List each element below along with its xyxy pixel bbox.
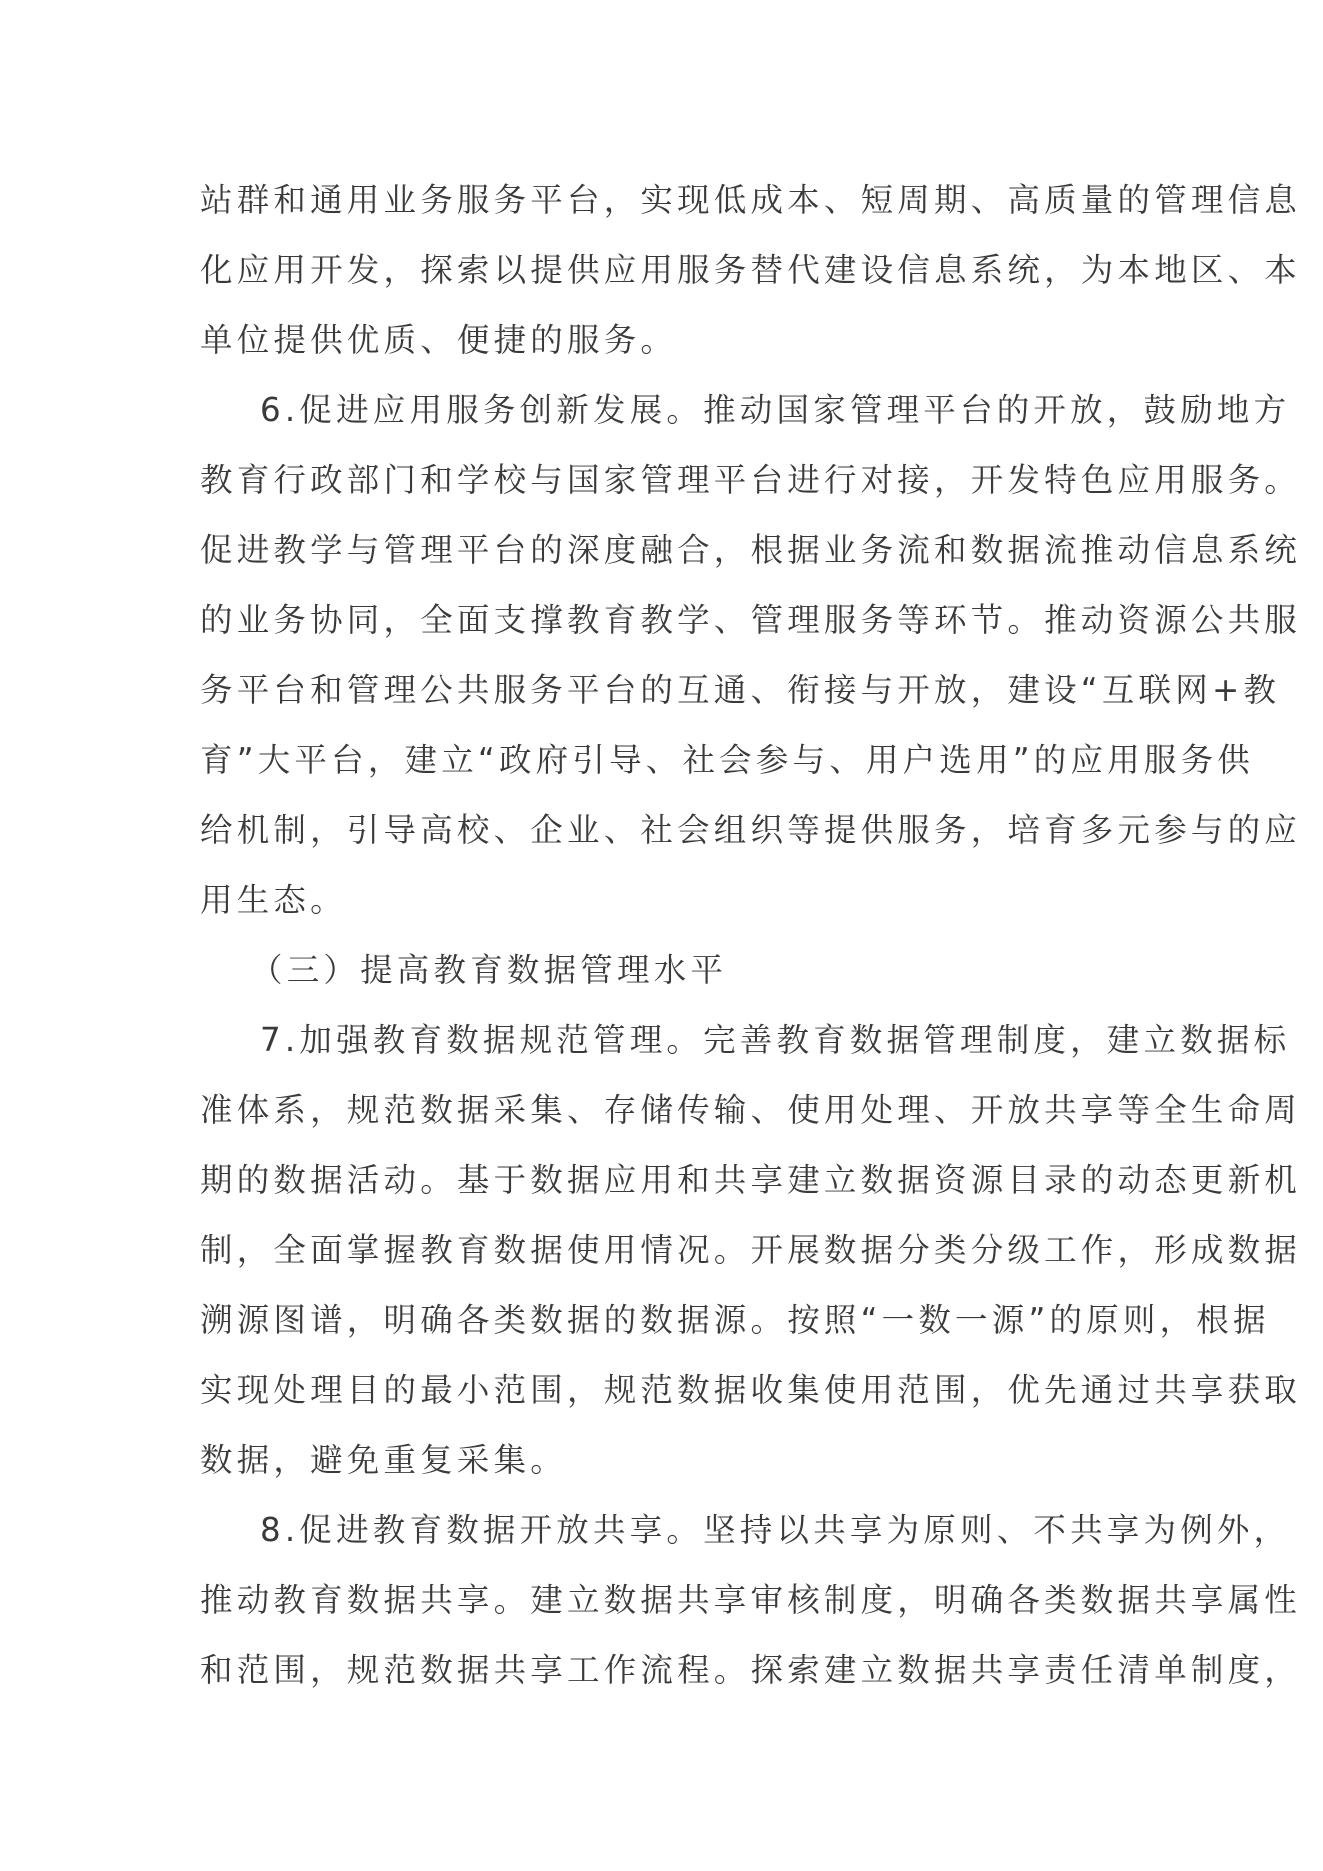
- section-heading-text: （三）提高教育数据管理水平: [200, 942, 1110, 1012]
- text-line: 推动教育数据共享。建立数据共享审核制度，明确各类数据共享属性: [200, 1572, 1110, 1642]
- document-page: 站群和通用业务服务平台，实现低成本、短周期、高质量的管理信息 化应用开发，探索以…: [0, 0, 1323, 1871]
- text-line: 8.促进教育数据开放共享。坚持以共享为原则、不共享为例外，: [200, 1502, 1110, 1572]
- text-line: 准体系，规范数据采集、存储传输、使用处理、开放共享等全生命周: [200, 1082, 1110, 1152]
- section-heading: （三）提高教育数据管理水平: [200, 942, 1110, 1012]
- document-body: 站群和通用业务服务平台，实现低成本、短周期、高质量的管理信息 化应用开发，探索以…: [200, 172, 1110, 1712]
- text-line: 和范围，规范数据共享工作流程。探索建立数据共享责任清单制度，: [200, 1642, 1110, 1712]
- paragraph-continuation: 站群和通用业务服务平台，实现低成本、短周期、高质量的管理信息 化应用开发，探索以…: [200, 172, 1110, 382]
- paragraph-item-6: 6.促进应用服务创新发展。推动国家管理平台的开放，鼓励地方 教育行政部门和学校与…: [200, 382, 1110, 942]
- text-line: 7.加强教育数据规范管理。完善教育数据管理制度，建立数据标: [200, 1012, 1110, 1082]
- text-line: 务平台和管理公共服务平台的互通、衔接与开放，建设“互联网+教: [200, 662, 1110, 732]
- text-line: 期的数据活动。基于数据应用和共享建立数据资源目录的动态更新机: [200, 1152, 1110, 1222]
- paragraph-item-8: 8.促进教育数据开放共享。坚持以共享为原则、不共享为例外， 推动教育数据共享。建…: [200, 1502, 1110, 1712]
- text-line: 单位提供优质、便捷的服务。: [200, 312, 1110, 382]
- text-line: 用生态。: [200, 872, 1110, 942]
- text-line: 溯源图谱，明确各类数据的数据源。按照“一数一源”的原则，根据: [200, 1292, 1110, 1362]
- text-line: 的业务协同，全面支撑教育教学、管理服务等环节。推动资源公共服: [200, 592, 1110, 662]
- text-line: 给机制，引导高校、企业、社会组织等提供服务，培育多元参与的应: [200, 802, 1110, 872]
- text-line: 育”大平台，建立“政府引导、社会参与、用户选用”的应用服务供: [200, 732, 1110, 802]
- text-line: 教育行政部门和学校与国家管理平台进行对接，开发特色应用服务。: [200, 452, 1110, 522]
- text-line: 数据，避免重复采集。: [200, 1432, 1110, 1502]
- text-line: 化应用开发，探索以提供应用服务替代建设信息系统，为本地区、本: [200, 242, 1110, 312]
- text-line: 制，全面掌握教育数据使用情况。开展数据分类分级工作，形成数据: [200, 1222, 1110, 1292]
- text-line: 6.促进应用服务创新发展。推动国家管理平台的开放，鼓励地方: [200, 382, 1110, 452]
- text-line: 促进教学与管理平台的深度融合，根据业务流和数据流推动信息系统: [200, 522, 1110, 592]
- paragraph-item-7: 7.加强教育数据规范管理。完善教育数据管理制度，建立数据标 准体系，规范数据采集…: [200, 1012, 1110, 1502]
- text-line: 实现处理目的最小范围，规范数据收集使用范围，优先通过共享获取: [200, 1362, 1110, 1432]
- text-line: 站群和通用业务服务平台，实现低成本、短周期、高质量的管理信息: [200, 172, 1110, 242]
